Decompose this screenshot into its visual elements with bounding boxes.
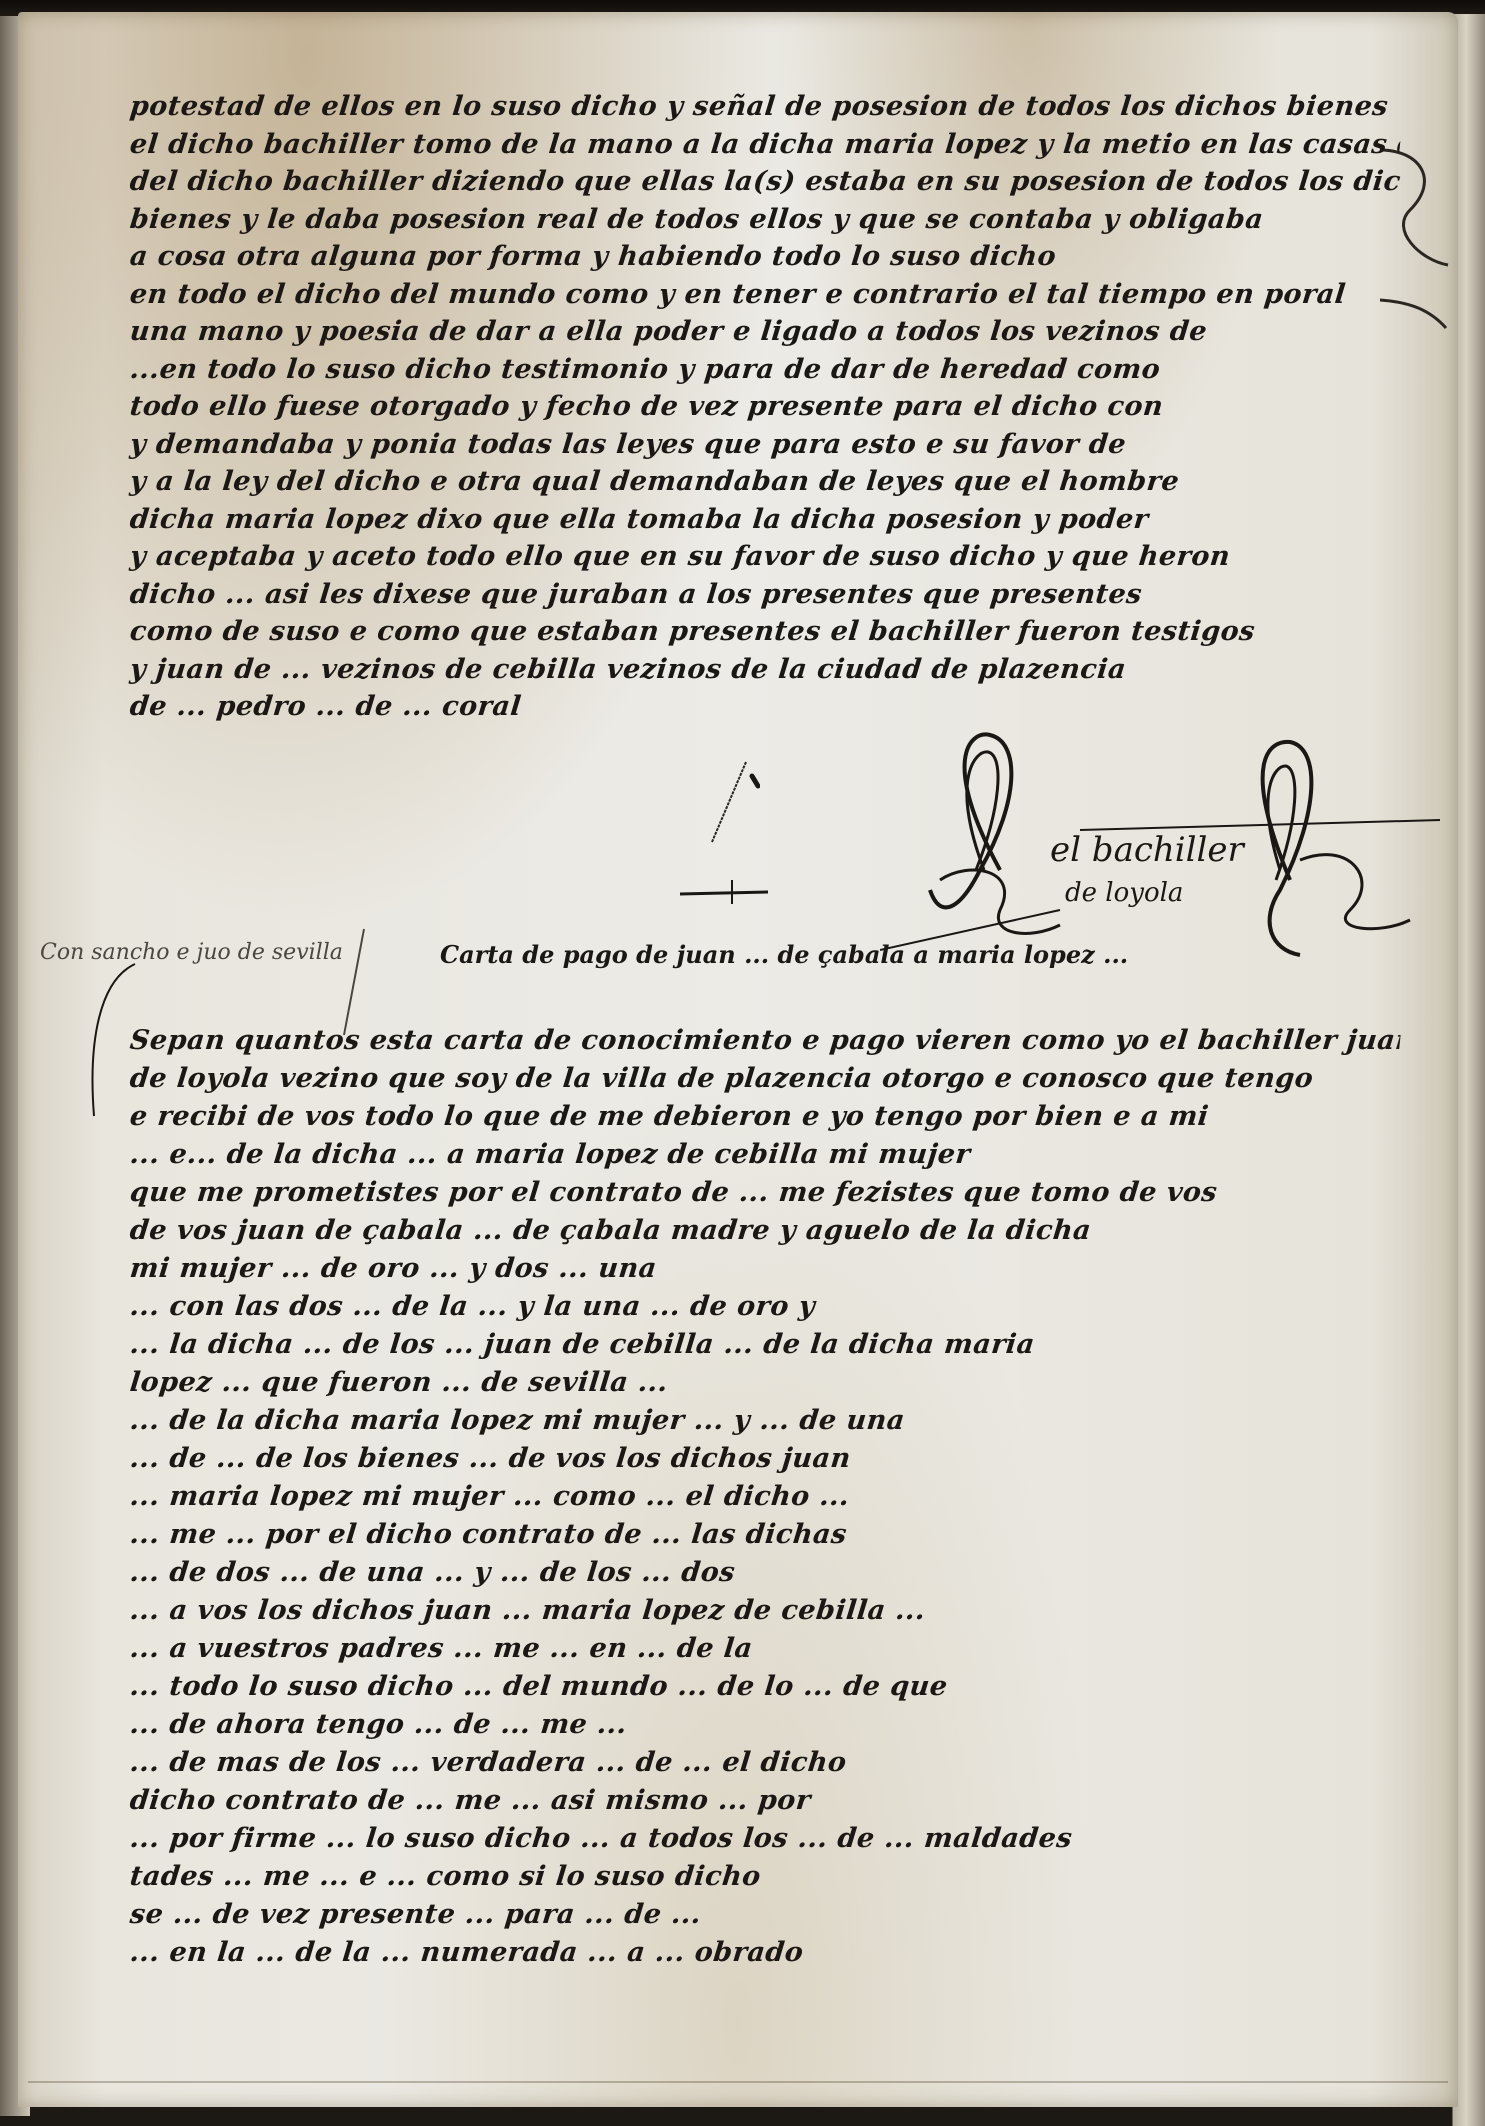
text-line: dicho ... asi les dixese que juraban a l…	[128, 576, 1402, 614]
text-line: dicha maria lopez dixo que ella tomaba l…	[128, 501, 1402, 539]
text-line: mi mujer ... de oro ... y dos ... una	[128, 1250, 1402, 1288]
text-line: lopez ... que fueron ... de sevilla ...	[128, 1364, 1402, 1402]
text-line: ... de mas de los ... verdadera ... de .…	[128, 1744, 1402, 1782]
text-line: a cosa otra alguna por forma y habiendo …	[128, 238, 1402, 276]
text-line: se ... de vez presente ... para ... de .…	[128, 1896, 1402, 1934]
signature-line-1: el bachiller	[1050, 830, 1244, 870]
text-line: tades ... me ... e ... como si lo suso d…	[128, 1858, 1402, 1896]
text-line: ... a vos los dichos juan ... maria lope…	[128, 1592, 1402, 1630]
text-line: ... a vuestros padres ... me ... en ... …	[128, 1630, 1402, 1668]
text-line: ... todo lo suso dicho ... del mundo ...…	[128, 1668, 1402, 1706]
document-heading: Carta de pago de juan ... de çabala a ma…	[440, 940, 1240, 980]
text-line: e recibi de vos todo lo que de me debier…	[128, 1098, 1402, 1136]
text-line: del dicho bachiller diziendo que ellas l…	[128, 163, 1402, 201]
text-line: ... la dicha ... de los ... juan de cebi…	[128, 1326, 1402, 1364]
text-block-upper: potestad de ellos en lo suso dicho y señ…	[130, 88, 1400, 726]
text-line: Sepan quantos esta carta de conocimiento…	[128, 1022, 1402, 1060]
text-line: y aceptaba y aceto todo ello que en su f…	[128, 538, 1402, 576]
text-line: ... de la dicha maria lopez mi mujer ...…	[128, 1402, 1402, 1440]
text-line: ... de dos ... de una ... y ... de los .…	[128, 1554, 1402, 1592]
text-line: ... de ahora tengo ... de ... me ...	[128, 1706, 1402, 1744]
text-line: ... e... de la dicha ... a maria lopez d…	[128, 1136, 1402, 1174]
text-line: y demandaba y ponia todas las leyes que …	[128, 426, 1402, 464]
text-line: ... por firme ... lo suso dicho ... a to…	[128, 1820, 1402, 1858]
signature-bachiller-loyola: el bachiller de loyola	[880, 720, 1440, 960]
stray-pen-stroke-icon	[700, 760, 760, 850]
text-line: que me prometistes por el contrato de ..…	[128, 1174, 1402, 1212]
text-line: ... me ... por el dicho contrato de ... …	[128, 1516, 1402, 1554]
text-line: dicho contrato de ... me ... asi mismo .…	[128, 1782, 1402, 1820]
text-block-lower: Sepan quantos esta carta de conocimiento…	[130, 1022, 1400, 1972]
text-line: ... con las dos ... de la ... y la una .…	[128, 1288, 1402, 1326]
text-line: ... en la ... de la ... numerada ... a .…	[128, 1934, 1402, 1972]
text-line: en todo el dicho del mundo como y en ten…	[128, 276, 1402, 314]
text-line: todo ello fuese otorgado y fecho de vez …	[128, 388, 1402, 426]
text-line: ... maria lopez mi mujer ... como ... el…	[128, 1478, 1402, 1516]
text-line: el dicho bachiller tomo de la mano a la …	[128, 126, 1402, 164]
text-line: de loyola vezino que soy de la villa de …	[128, 1060, 1402, 1098]
page-fold-line	[28, 2081, 1448, 2083]
text-line: y a la ley del dicho e otra qual demanda…	[128, 463, 1402, 501]
text-line: una mano y poesia de dar a ella poder e …	[128, 313, 1402, 351]
text-line: ... de ... de los bienes ... de vos los …	[128, 1440, 1402, 1478]
text-line: potestad de ellos en lo suso dicho y señ…	[128, 88, 1402, 126]
text-line: como de suso e como que estaban presente…	[128, 613, 1402, 651]
signature-line-2: de loyola	[1065, 878, 1183, 908]
cross-mark-icon	[676, 876, 772, 906]
text-line: bienes y le daba posesion real de todos …	[128, 201, 1402, 239]
text-line: ...en todo lo suso dicho testimonio y pa…	[128, 351, 1402, 389]
text-line: de vos juan de çabala ... de çabala madr…	[128, 1212, 1402, 1250]
text-line: y juan de ... vezinos de cebilla vezinos…	[128, 651, 1402, 689]
